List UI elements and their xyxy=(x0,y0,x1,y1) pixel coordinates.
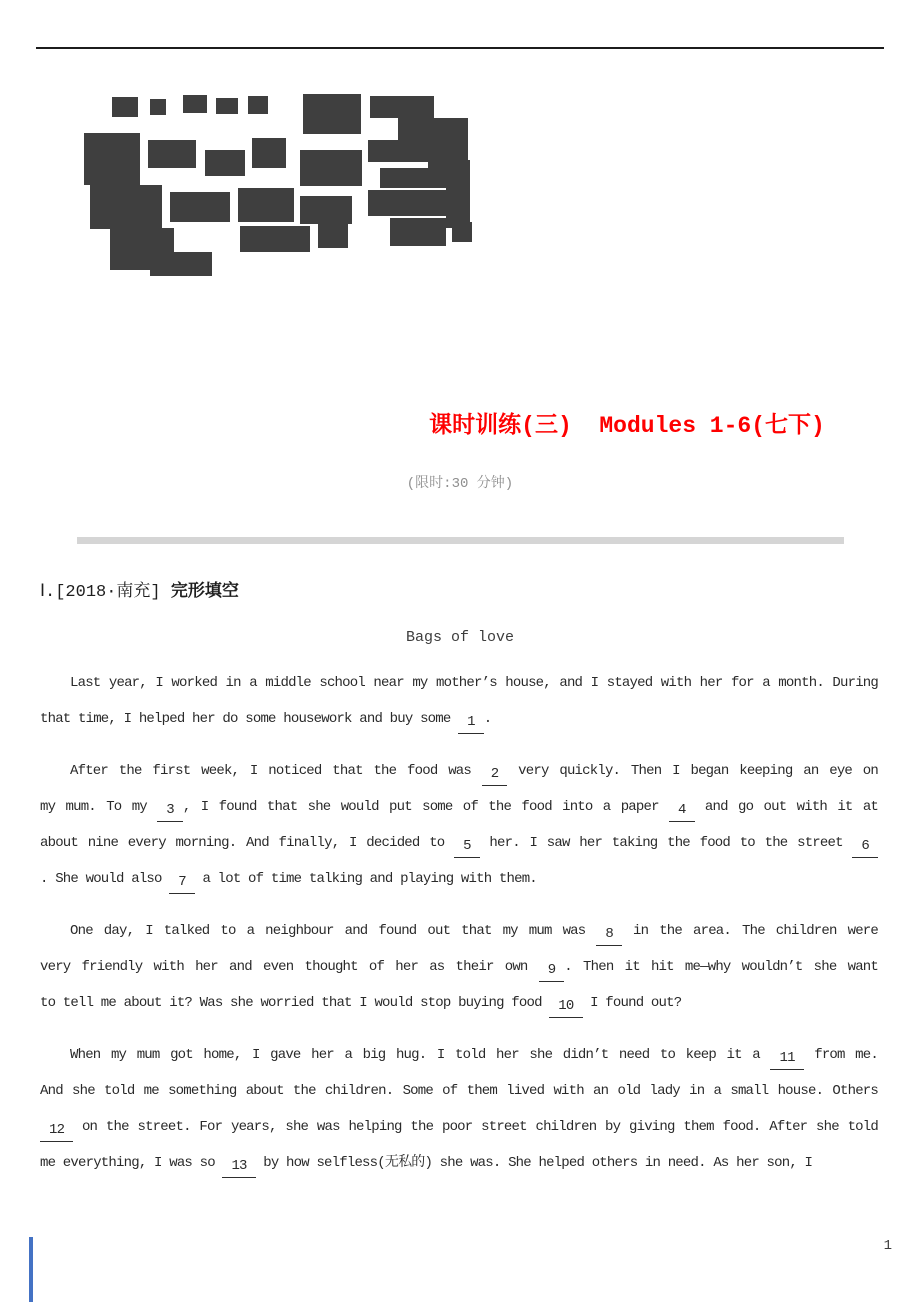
watermark-block xyxy=(112,97,138,117)
watermark-block xyxy=(216,98,238,114)
watermark-block xyxy=(303,94,361,134)
section-exercise-type: 完形填空 xyxy=(171,583,239,602)
text-line: . She would also 7 a lot of time talking… xyxy=(40,861,878,897)
passage-title-row: Bags of love xyxy=(0,628,920,646)
subtitle-row: (限时:30 分钟) xyxy=(0,472,920,492)
cloze-blank: 3 xyxy=(157,800,183,822)
watermark-block xyxy=(390,218,446,246)
watermark-block xyxy=(205,150,245,176)
paragraph: When my mum got home, I gave her a big h… xyxy=(40,1037,878,1181)
watermark-block xyxy=(238,188,294,222)
cloze-blank: 4 xyxy=(669,800,695,822)
paragraph: One day, I talked to a neighbour and fou… xyxy=(40,913,878,1021)
cloze-blank: 12 xyxy=(40,1120,73,1142)
text-line: 12 on the street. For years, she was hel… xyxy=(40,1109,878,1145)
text-line: about nine every morning. And finally, I… xyxy=(40,825,878,861)
watermark-block xyxy=(240,226,310,252)
text-line: When my mum got home, I gave her a big h… xyxy=(40,1037,878,1073)
text-line: my mum. To my 3, I found that she would … xyxy=(40,789,878,825)
watermark-block xyxy=(170,192,230,222)
text-line: that time, I helped her do some housewor… xyxy=(40,701,878,737)
cloze-blank: 8 xyxy=(596,924,622,946)
passage-paragraphs: Last year, I worked in a middle school n… xyxy=(40,665,878,1197)
watermark-block xyxy=(84,133,140,185)
watermark-block xyxy=(150,99,166,115)
watermark-block xyxy=(300,196,352,224)
watermark-block xyxy=(248,96,268,114)
watermark-block xyxy=(183,95,207,113)
watermark-block xyxy=(150,252,212,276)
watermark-block xyxy=(446,160,470,228)
cloze-blank: 11 xyxy=(770,1048,803,1070)
cloze-blank: 9 xyxy=(539,960,565,982)
page-number: 1 xyxy=(884,1238,892,1254)
section-numeral: Ⅰ. xyxy=(40,583,55,602)
cloze-blank: 2 xyxy=(482,764,508,786)
title-row: 课时训练(三) Modules 1-6(七下) xyxy=(334,406,920,439)
cloze-blank: 10 xyxy=(549,996,582,1018)
paragraph: After the first week, I noticed that the… xyxy=(40,753,878,897)
watermark-block xyxy=(148,140,196,168)
passage-title: Bags of love xyxy=(406,629,514,646)
text-line: And she told me something about the chil… xyxy=(40,1073,878,1109)
edge-mark xyxy=(29,1237,33,1302)
text-line: me everything, I was so 13 by how selfle… xyxy=(40,1145,878,1181)
watermark-block xyxy=(90,185,162,229)
cloze-blank: 5 xyxy=(454,836,480,858)
text-line: Last year, I worked in a middle school n… xyxy=(40,665,878,701)
text-line: to tell me about it? Was she worried tha… xyxy=(40,985,878,1021)
cloze-blank: 1 xyxy=(458,712,484,734)
cloze-blank: 7 xyxy=(169,872,195,894)
section-source: [2018·南充] xyxy=(55,583,160,602)
document-page: 课时训练(三) Modules 1-6(七下) (限时:30 分钟) Ⅰ.[20… xyxy=(0,0,920,1302)
cloze-blank: 6 xyxy=(852,836,878,858)
watermark-block xyxy=(252,138,286,168)
watermark-block xyxy=(370,96,434,118)
watermark-block xyxy=(452,222,472,242)
watermark-block xyxy=(318,224,348,248)
text-line: After the first week, I noticed that the… xyxy=(40,753,878,789)
watermark xyxy=(0,0,920,300)
divider-bar xyxy=(77,537,844,544)
text-line: One day, I talked to a neighbour and fou… xyxy=(40,913,878,949)
text-line: very friendly with her and even thought … xyxy=(40,949,878,985)
watermark-block xyxy=(300,150,362,186)
section-heading: Ⅰ.[2018·南充] 完形填空 xyxy=(40,576,239,602)
cloze-blank: 13 xyxy=(222,1156,255,1178)
page-title: 课时训练(三) Modules 1-6(七下) xyxy=(429,413,825,439)
paragraph: Last year, I worked in a middle school n… xyxy=(40,665,878,737)
time-limit-text: (限时:30 分钟) xyxy=(407,476,513,492)
